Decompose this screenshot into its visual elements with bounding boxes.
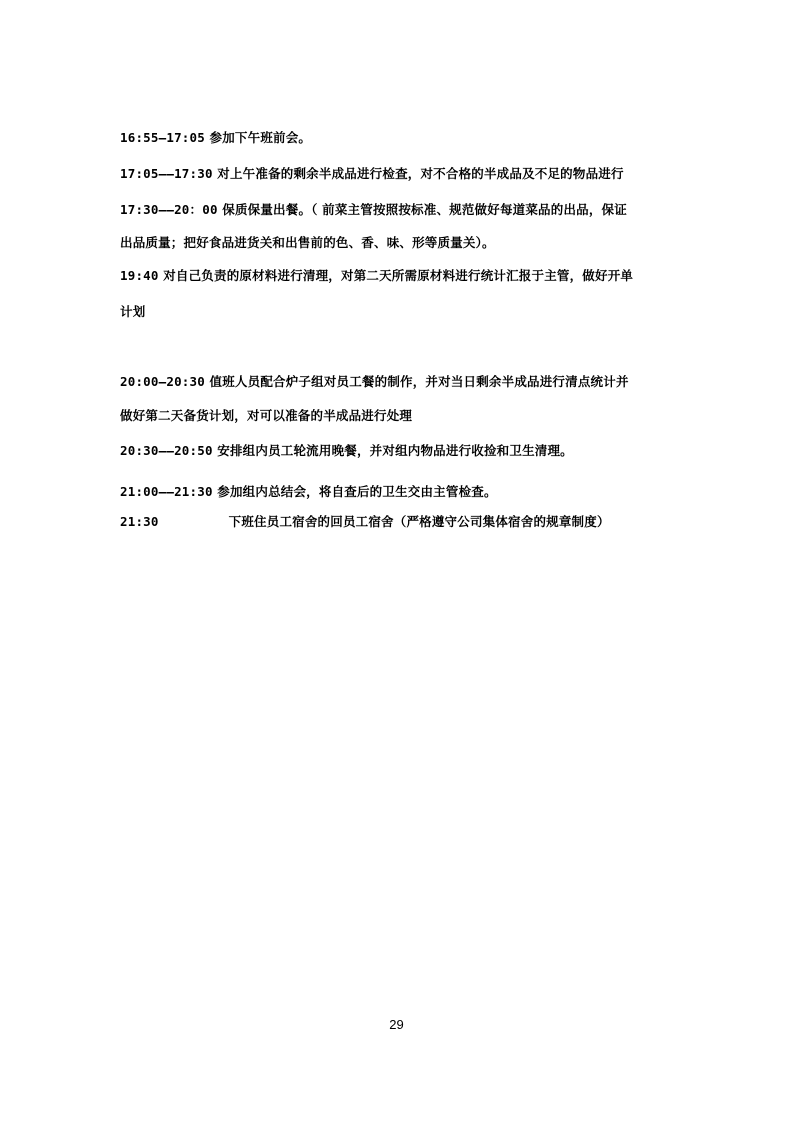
schedule-line: 20:00—20:30 值班人员配合炉子组对员工餐的制作，并对当日剩余半成品进行… <box>120 374 629 390</box>
schedule-line-continued: 计划 <box>120 304 145 320</box>
schedule-line-continued: 做好第二天备货计划，对可以准备的半成品进行处理 <box>120 408 412 424</box>
schedule-line: 21:00——21:30 参加组内总结会，将自查后的卫生交由主管检查。 <box>120 484 497 500</box>
schedule-line: 17:05——17:30 对上午准备的剩余半成品进行检查，对不合格的半成品及不足… <box>120 166 624 182</box>
schedule-line: 20:30——20:50 安排组内员工轮流用晚餐，并对组内物品进行收捡和卫生清理… <box>120 443 573 459</box>
schedule-line-continued: 出品质量；把好食品进货关和出售前的色、香、味、形等质量关）。 <box>120 235 495 251</box>
schedule-line: 17:30——20：00 保质保量出餐。（ 前菜主管按照按标准、规范做好每道菜品… <box>120 202 627 218</box>
schedule-line: 21:30下班住员工宿舍的回员工宿舍（严格遵守公司集体宿舍的规章制度） <box>120 514 610 530</box>
schedule-line: 19:40 对自己负责的原材料进行清理，对第二天所需原材料进行统计汇报于主管，做… <box>120 268 633 284</box>
schedule-line: 16:55—17:05 参加下午班前会。 <box>120 130 311 146</box>
page-number: 29 <box>0 1017 793 1032</box>
